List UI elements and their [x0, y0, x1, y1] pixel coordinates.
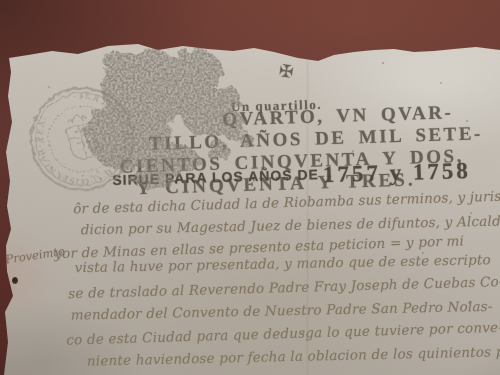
manuscript-text: ôr de esta dicha Ciudad la de Riobamba s… [0, 0, 500, 375]
margin-note: Proveimto [5, 244, 66, 267]
photo-backdrop: ✠ Un quartillo. QVARTO, VN QVAR- TILLO, … [0, 0, 500, 375]
paper-hole [12, 277, 18, 284]
ink-specks [0, 0, 2, 2]
document-paper: ✠ Un quartillo. QVARTO, VN QVAR- TILLO, … [0, 0, 500, 375]
manuscript-line: mendador del Convento de Nuestro Padre S… [71, 299, 493, 324]
manuscript-line: co de esta Ciudad para que dedusga lo qu… [66, 320, 500, 349]
manuscript-line: ôr de esta dicha Ciudad la de Riobamba s… [73, 189, 500, 218]
manuscript-line: se de traslado al Reverendo Padre Fray J… [68, 274, 500, 302]
manuscript-line: niente haviendose por fecha la oblacion … [87, 344, 500, 370]
